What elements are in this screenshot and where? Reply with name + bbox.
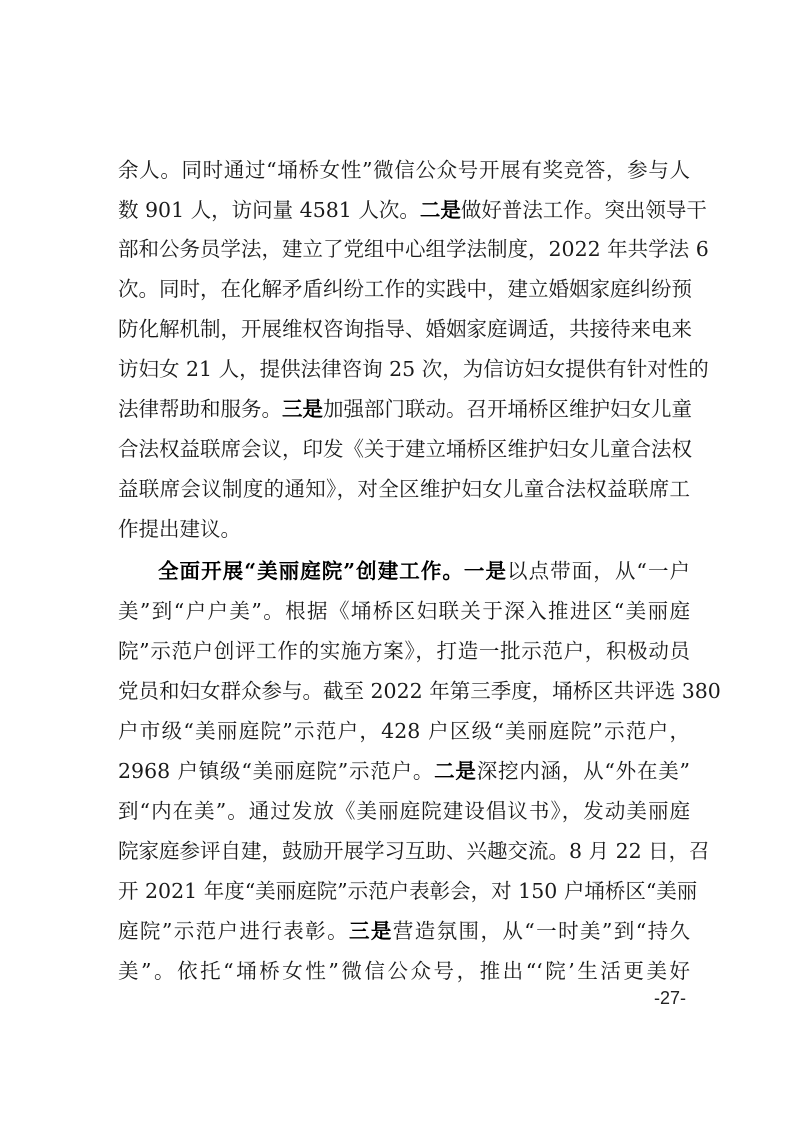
text-line-16: 2968 户镇级“美丽庭院”示范户。二是深挖内涵，从“外在美” — [118, 756, 690, 786]
text-line-7: 法律帮助和服务。三是加强部门联动。召开埇桥区维护妇女儿童 — [118, 394, 690, 424]
text-segment: 院家庭参评自建，鼓励开展学习互助、兴趣交流。8 月 22 日，召 — [118, 839, 710, 863]
text-segment: 部和公务员学法，建立了党组中心组学法制度，2022 年共学法 6 — [118, 237, 709, 261]
text-segment: 美”。依托“埇桥女性”微信公众号，推出“‘院’生活更美好 — [118, 959, 690, 983]
text-segment: 美”到“户户美”。根据《埇桥区妇联关于深入推进区“美丽庭 — [118, 599, 690, 623]
text-segment: 合法权益联席会议，印发《关于建立埇桥区维护妇女儿童合法权 — [118, 437, 692, 461]
text-line-3: 部和公务员学法，建立了党组中心组学法制度，2022 年共学法 6 — [118, 234, 690, 264]
text-segment: 访妇女 21 人，提供法律咨询 25 次，为信访妇女提供有针对性的 — [118, 357, 709, 381]
text-segment: 院”示范户创评工作的实施方案》，打造一批示范户，积极动员 — [118, 639, 690, 663]
text-segment: 做好普法工作。突出领导干 — [461, 198, 707, 222]
bold-marker: 三是 — [349, 919, 393, 943]
section-heading-line: 全面开展“美丽庭院”创建工作。一是以点带面，从“一户 — [158, 556, 690, 586]
text-line-8: 合法权益联席会议，印发《关于建立埇桥区维护妇女儿童合法权 — [118, 434, 690, 464]
text-segment: 深挖内涵，从“外在美” — [477, 759, 690, 783]
text-segment: 党员和妇女群众参与。截至 2022 年第三季度，埇桥区共评选 380 — [118, 679, 721, 703]
text-line-9: 益联席会议制度的通知》，对全区维护妇女儿童合法权益联席工 — [118, 474, 690, 504]
text-segment: 加强部门联动。召开埇桥区维护妇女儿童 — [323, 397, 692, 421]
text-segment: 以点带面，从“一户 — [507, 559, 690, 583]
text-segment: 作提出建议。 — [118, 517, 241, 541]
bold-marker: 二是 — [434, 759, 477, 783]
page-number: -27- — [640, 988, 700, 1009]
text-segment: 次。同时，在化解矛盾纠纷工作的实践中，建立婚姻家庭纠纷预 — [118, 277, 692, 301]
text-segment: 防化解机制，开展维权咨询指导、婚姻家庭调适，共接待来电来 — [118, 317, 692, 341]
text-line-10: 作提出建议。 — [118, 514, 690, 544]
bold-marker: 三是 — [282, 397, 323, 421]
text-segment: 营造氛围，从“一时美”到“持久 — [393, 919, 690, 943]
text-line-13: 院”示范户创评工作的实施方案》，打造一批示范户，积极动员 — [118, 636, 690, 666]
text-segment: 法律帮助和服务。 — [118, 397, 282, 421]
text-line-17: 到“内在美”。通过发放《美丽庭院建设倡议书》，发动美丽庭 — [118, 796, 690, 826]
section-heading: 全面开展“美丽庭院”创建工作。一是 — [158, 559, 507, 583]
text-line-6: 访妇女 21 人，提供法律咨询 25 次，为信访妇女提供有针对性的 — [118, 354, 690, 384]
text-segment: 到“内在美”。通过发放《美丽庭院建设倡议书》，发动美丽庭 — [118, 799, 690, 823]
text-line-4: 次。同时，在化解矛盾纠纷工作的实践中，建立婚姻家庭纠纷预 — [118, 274, 690, 304]
text-segment: 2968 户镇级“美丽庭院”示范户。 — [118, 759, 434, 783]
text-line-2: 数 901 人，访问量 4581 人次。二是做好普法工作。突出领导干 — [118, 195, 690, 225]
text-line-18: 院家庭参评自建，鼓励开展学习互助、兴趣交流。8 月 22 日，召 — [118, 836, 690, 866]
text-line-21: 美”。依托“埇桥女性”微信公众号，推出“‘院’生活更美好 — [118, 956, 690, 986]
text-segment: 余人。同时通过“埇桥女性”微信公众号开展有奖竞答，参与人 — [118, 158, 690, 182]
text-line-5: 防化解机制，开展维权咨询指导、婚姻家庭调适，共接待来电来 — [118, 314, 690, 344]
text-line-15: 户市级“美丽庭院”示范户，428 户区级“美丽庭院”示范户， — [118, 716, 690, 746]
text-line-12: 美”到“户户美”。根据《埇桥区妇联关于深入推进区“美丽庭 — [118, 596, 690, 626]
text-segment: 数 901 人，访问量 4581 人次。 — [118, 198, 420, 222]
text-segment: 户市级“美丽庭院”示范户，428 户区级“美丽庭院”示范户， — [118, 719, 690, 743]
text-segment: 开 2021 年度“美丽庭院”示范户表彰会，对 150 户埇桥区“美丽 — [118, 879, 697, 903]
text-line-20: 庭院”示范户进行表彰。三是营造氛围，从“一时美”到“持久 — [118, 916, 690, 946]
bold-marker: 二是 — [420, 198, 461, 222]
text-line-19: 开 2021 年度“美丽庭院”示范户表彰会，对 150 户埇桥区“美丽 — [118, 876, 690, 906]
text-segment: 庭院”示范户进行表彰。 — [118, 919, 349, 943]
text-line-1: 余人。同时通过“埇桥女性”微信公众号开展有奖竞答，参与人 — [118, 155, 690, 185]
document-page: 余人。同时通过“埇桥女性”微信公众号开展有奖竞答，参与人 数 901 人，访问量… — [0, 0, 793, 1122]
text-line-14: 党员和妇女群众参与。截至 2022 年第三季度，埇桥区共评选 380 — [118, 676, 690, 706]
text-segment: 益联席会议制度的通知》，对全区维护妇女儿童合法权益联席工 — [118, 477, 690, 501]
